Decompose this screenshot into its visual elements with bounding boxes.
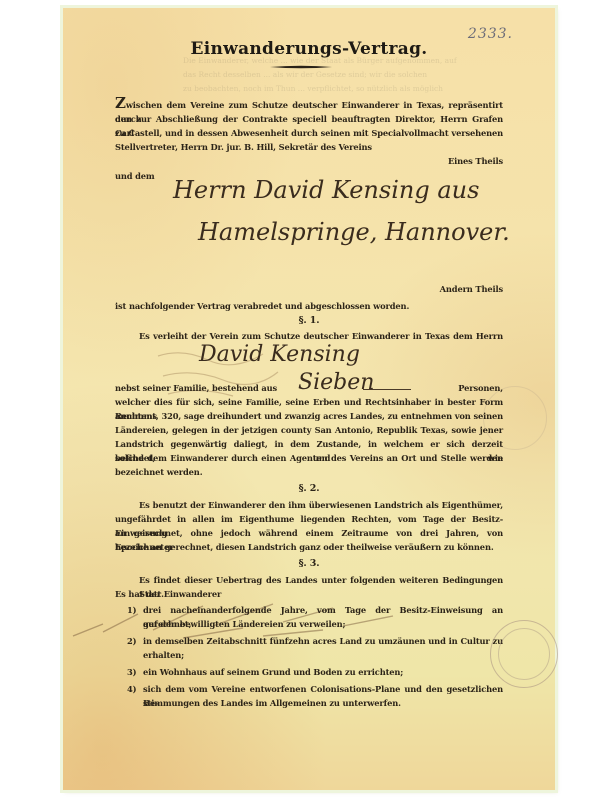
section-1-last-line: bezeichnet werden. [115,465,503,479]
drop-cap: Z [115,94,126,112]
section-2-line-1: Es benutzt der Einwanderer den ihm überw… [139,498,503,512]
item-1-line-2: auf den bewilligten Ländereien zu verwei… [143,617,503,631]
item-2-line-1: in demselben Zeitabschnitt fünfzehn acre… [143,634,503,648]
section-1-line-5: solche dem Einwanderer durch einen Agent… [115,451,503,465]
section-2-last-line: Epoche an gerechnet, diesen Landstrich g… [115,540,503,554]
first-party-label: Eines Theils [115,154,503,168]
preamble-line-4: Stellvertreter, Herrn Dr. jur. B. Hill, … [115,140,503,154]
preamble-line-3: zu Castell, und in dessen Abwesenheit du… [115,126,503,140]
handwritten-party-name: Herrn David Kensing aus [173,176,479,204]
document-page: Die Einwanderer, welche ... wie der Staa… [63,8,555,790]
concluding-line: ist nachfolgender Vertrag verabredet und… [115,299,503,313]
section-3-subintro: Es hat der Einwanderer [115,587,503,601]
section-1-line-2: annimmt, 320, sage dreihundert und zwanz… [115,409,503,423]
section-1-heading: §. 1. [115,314,503,328]
handwritten-party-origin: Hamelspringe, Hannover. [198,218,510,246]
second-party-label: Andern Theils [115,282,503,296]
section-1-family-prefix: nebst seiner Familie, bestehend aus [115,381,315,395]
item-4-line-2: stimmungen des Landes im Allgemeinen zu … [143,696,503,710]
section-1-intro: Es verleiht der Verein zum Schutze deuts… [139,329,503,343]
handwritten-recipient-name: David Kensing [199,342,360,367]
section-1-family-suffix: Personen, [403,381,503,395]
title-ornament-icon [270,65,332,69]
document-title: Einwanderungs-Vertrag. [63,39,555,59]
section-1-line-3: Ländereien, gelegen in der jetzigen coun… [115,423,503,437]
item-2-line-2: erhalten; [143,648,503,662]
item-3-line-1: ein Wohnhaus auf seinem Grund und Boden … [143,665,503,679]
bleed-through-text: Die Einwanderer, welche ... wie der Staa… [183,54,533,96]
section-2-heading: §. 2. [115,482,503,496]
section-3-heading: §. 3. [115,557,503,571]
